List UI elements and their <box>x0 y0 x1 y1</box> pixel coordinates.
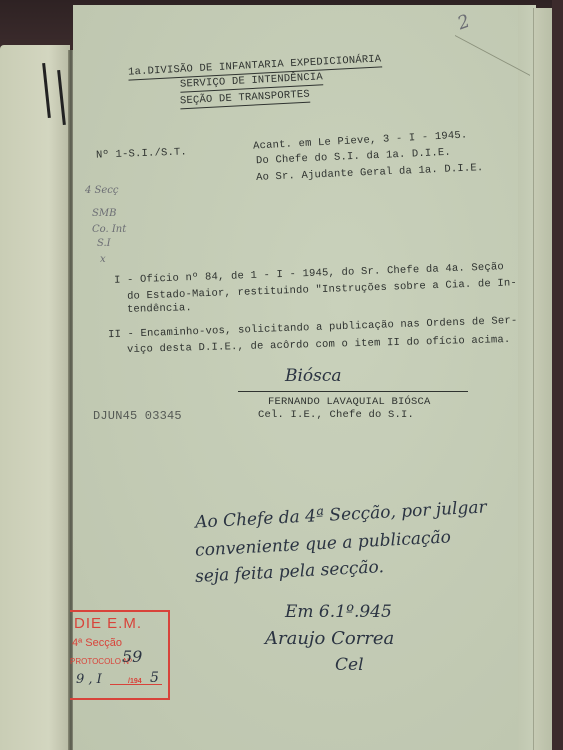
stamp-underline <box>110 684 162 685</box>
ink-mark <box>42 63 51 118</box>
note-signature: Araujo Correa <box>265 628 394 649</box>
ink-mark <box>57 70 66 125</box>
protocol-stamp: DIE E.M. 4ª Secção PROTOCOLO Nº 59 9 , I… <box>70 610 170 700</box>
stamp-date: 9 , I <box>76 672 102 687</box>
stamp-number: 59 <box>122 647 142 666</box>
pencil-note: 4 Secç <box>85 185 119 196</box>
left-facing-page <box>0 45 70 750</box>
pencil-note: S.I <box>97 238 111 249</box>
stamp-section: 4ª Secção <box>72 637 122 649</box>
page-edge <box>533 8 554 750</box>
pencil-note: Co. Int <box>92 224 126 235</box>
signature-biosca: Biósca <box>285 366 342 386</box>
background-right <box>552 0 563 750</box>
signatory-title: Cel. I.E., Chefe do S.I. <box>258 409 414 421</box>
note-rank: Cel <box>335 655 364 675</box>
stamp-org: DIE E.M. <box>74 615 142 632</box>
item-i-line3: tendência. <box>127 302 192 316</box>
note-date: Em 6.1º.945 <box>285 602 392 622</box>
pencil-note: SMB <box>92 208 116 219</box>
pencil-note: x <box>100 254 106 265</box>
signatory-name: FERNANDO LAVAQUIAL BIÓSCA <box>268 396 431 408</box>
archive-stamp: DJUN45 03345 <box>93 409 182 423</box>
signature-line <box>238 391 468 392</box>
